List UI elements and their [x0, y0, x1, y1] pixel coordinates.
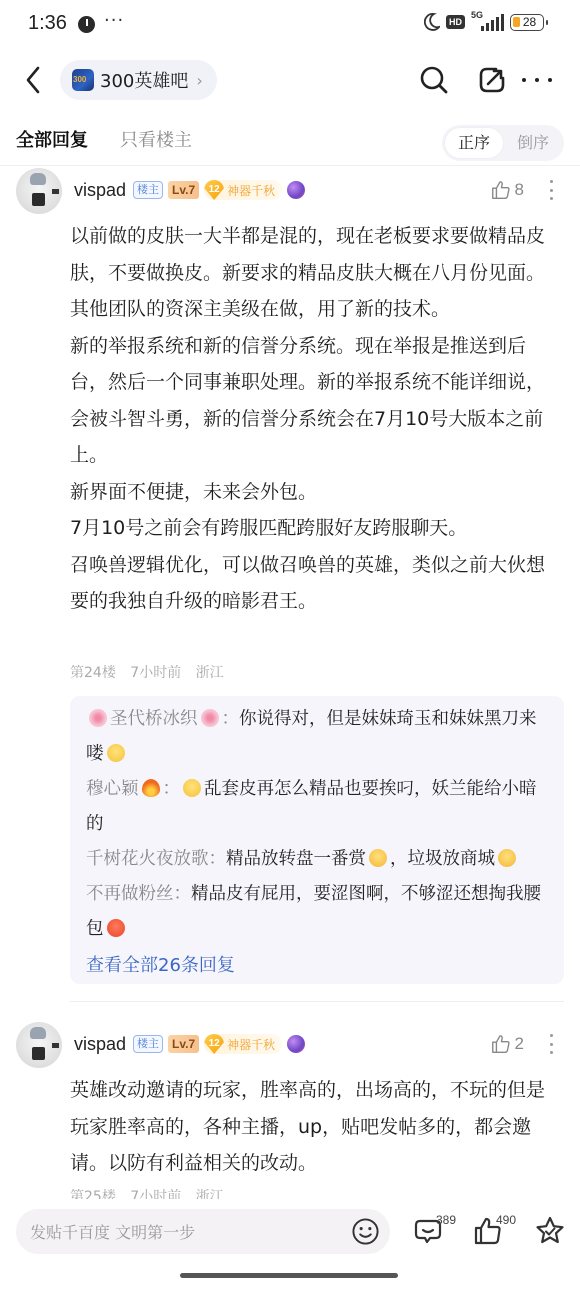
reply-separator: ：	[209, 849, 227, 869]
favorite-star-icon[interactable]	[534, 1215, 566, 1247]
level-badge: Lv.7	[168, 1035, 199, 1053]
post-paragraph: 新界面不便捷，未来会外包。	[70, 474, 560, 511]
title-level-icon: 12	[204, 1034, 224, 1054]
battery-level: 28	[518, 15, 536, 29]
divider	[70, 1001, 564, 1002]
reply-input-placeholder: 发贴千百度 文明第一步	[30, 1220, 195, 1243]
like-button[interactable]: 2	[490, 1032, 524, 1056]
planet-badge-icon	[287, 181, 305, 199]
comment-count: 389	[436, 1213, 456, 1227]
reply-separator: ：	[222, 709, 240, 729]
title-badge: 12 神器千秋	[204, 1034, 282, 1054]
reply-text: ，垃圾放商城	[390, 849, 495, 869]
reply-author[interactable]: 穆心颖	[86, 779, 139, 799]
username[interactable]: vispad	[74, 1034, 126, 1055]
forum-link-button[interactable]: 300英雄吧 ›	[60, 60, 217, 100]
user-info-row: vispad 楼主 Lv.7 12 神器千秋	[74, 1032, 305, 1056]
nav-bar: 300英雄吧 ›	[0, 55, 580, 105]
title-badge: 12 神器千秋	[204, 180, 282, 200]
title-name: 神器千秋	[227, 1036, 275, 1053]
planet-badge-icon	[287, 1035, 305, 1053]
thumbs-up-icon	[490, 1033, 512, 1055]
thumbs-up-icon	[490, 179, 512, 201]
sakura-emoji-icon	[201, 709, 219, 727]
forum-logo-icon	[72, 69, 94, 91]
back-icon[interactable]	[20, 63, 50, 97]
sub-reply[interactable]: 圣代桥冰织：你说得对，但是妹妹琦玉和妹妹黑刀来喽	[86, 702, 548, 772]
post-paragraph: 召唤兽逻辑优化，可以做召唤兽的英雄，类似之前大伙想要的我独自升级的暗影君王。	[70, 547, 560, 620]
sub-replies-box[interactable]: 圣代桥冰织：你说得对，但是妹妹琦玉和妹妹黑刀来喽 穆心颖：乱套皮再怎么精品也要挨…	[70, 696, 564, 984]
home-indicator[interactable]	[180, 1273, 398, 1278]
excited-emoji-icon	[369, 849, 387, 867]
angry-emoji-icon	[498, 849, 516, 867]
view-all-replies-link[interactable]: 查看全部26条回复	[86, 947, 548, 985]
reply-filter-tabs: 全部回复 只看楼主 正序 倒序	[0, 120, 580, 164]
reply-input[interactable]: 发贴千百度 文明第一步	[16, 1209, 390, 1254]
smile-emoji-icon	[107, 744, 125, 762]
post-meta: 第24楼 7小时前 浙江	[70, 662, 234, 682]
tab-all-replies[interactable]: 全部回复	[16, 126, 88, 152]
post-paragraph: 7月10号之前会有跨服匹配跨服好友跨服聊天。	[70, 510, 560, 547]
sub-reply[interactable]: 穆心颖：乱套皮再怎么精品也要挨叼，妖兰能给小暗的	[86, 772, 548, 842]
level-badge: Lv.7	[168, 181, 199, 199]
post-body: 英雄改动邀请的玩家，胜率高的，出场高的，不玩的但是玩家胜率高的，各种主播，up，…	[70, 1072, 560, 1182]
like-button[interactable]: 8	[490, 178, 524, 202]
owner-badge: 楼主	[133, 181, 163, 199]
post-paragraph: 以前做的皮肤一大半都是混的，现在老板要求要做精品皮肤，不要做换皮。新要求的精品皮…	[70, 218, 560, 291]
status-time: 1:36	[28, 12, 67, 35]
like-count: 8	[515, 180, 524, 200]
do-not-disturb-moon-icon	[424, 13, 440, 31]
reply-author[interactable]: 千树花火夜放歌	[86, 849, 209, 869]
smile-emoji-icon	[183, 779, 201, 797]
like-total-count: 490	[496, 1213, 516, 1227]
reply-author[interactable]: 圣代桥冰织	[110, 709, 198, 729]
sakura-emoji-icon	[89, 709, 107, 727]
rage-emoji-icon	[107, 919, 125, 937]
alarm-clock-icon	[78, 16, 95, 33]
status-icons: HD 5G 28	[424, 13, 544, 31]
username[interactable]: vispad	[74, 180, 126, 201]
search-icon[interactable]	[418, 64, 450, 96]
reply-separator: ：	[174, 884, 192, 904]
post-time: 7小时前	[130, 665, 181, 681]
post-paragraph: 新的举报系统和新的信誉分系统。现在举报是推送到后台，然后一个同事兼职处理。新的举…	[70, 328, 560, 474]
floor-number: 第24楼	[70, 665, 116, 681]
post-body: 以前做的皮肤一大半都是混的，现在老板要求要做精品皮肤，不要做换皮。新要求的精品皮…	[70, 218, 560, 620]
sub-reply[interactable]: 千树花火夜放歌：精品放转盘一番赏，垃圾放商城	[86, 842, 548, 877]
signal-icon: 5G	[471, 13, 504, 31]
network-type: 5G	[471, 10, 483, 20]
tab-owner-only[interactable]: 只看楼主	[120, 126, 192, 152]
title-level-icon: 12	[204, 180, 224, 200]
avatar[interactable]	[16, 1022, 62, 1068]
more-options-icon[interactable]	[548, 180, 554, 200]
post-paragraph: 其他团队的资深主美级在做，用了新的技术。	[70, 291, 560, 328]
reply-text: 精品放转盘一番赏	[226, 849, 366, 869]
sort-descending-button[interactable]: 倒序	[504, 128, 562, 158]
fire-emoji-icon	[142, 779, 160, 797]
post-paragraph: 英雄改动邀请的玩家，胜率高的，出场高的，不玩的但是玩家胜率高的，各种主播，up，…	[70, 1072, 560, 1182]
emoji-icon[interactable]	[351, 1217, 380, 1246]
sort-ascending-button[interactable]: 正序	[445, 128, 503, 158]
like-count: 2	[515, 1034, 524, 1054]
title-name: 神器千秋	[227, 182, 275, 199]
more-options-icon[interactable]	[548, 1034, 554, 1054]
reply-separator: ：	[163, 779, 181, 799]
more-notifications-icon: ···	[104, 10, 124, 31]
hd-icon: HD	[446, 15, 465, 29]
post-location: 浙江	[196, 665, 224, 681]
sub-reply[interactable]: 不再做粉丝：精品皮有屁用，要涩图啊，不够涩还想掏我腰包	[86, 877, 548, 947]
divider	[0, 165, 580, 166]
status-bar: 1:36 ··· HD 5G 28	[0, 0, 580, 50]
user-info-row: vispad 楼主 Lv.7 12 神器千秋	[74, 178, 305, 202]
battery-icon: 28	[510, 14, 544, 31]
more-icon[interactable]	[522, 75, 552, 85]
sort-order-toggle: 正序 倒序	[442, 125, 564, 161]
reply-author[interactable]: 不再做粉丝	[86, 884, 174, 904]
avatar[interactable]	[16, 168, 62, 214]
share-icon[interactable]	[476, 64, 508, 96]
forum-name: 300英雄吧	[100, 67, 188, 93]
owner-badge: 楼主	[133, 1035, 163, 1053]
chevron-right-icon: ›	[196, 71, 202, 90]
